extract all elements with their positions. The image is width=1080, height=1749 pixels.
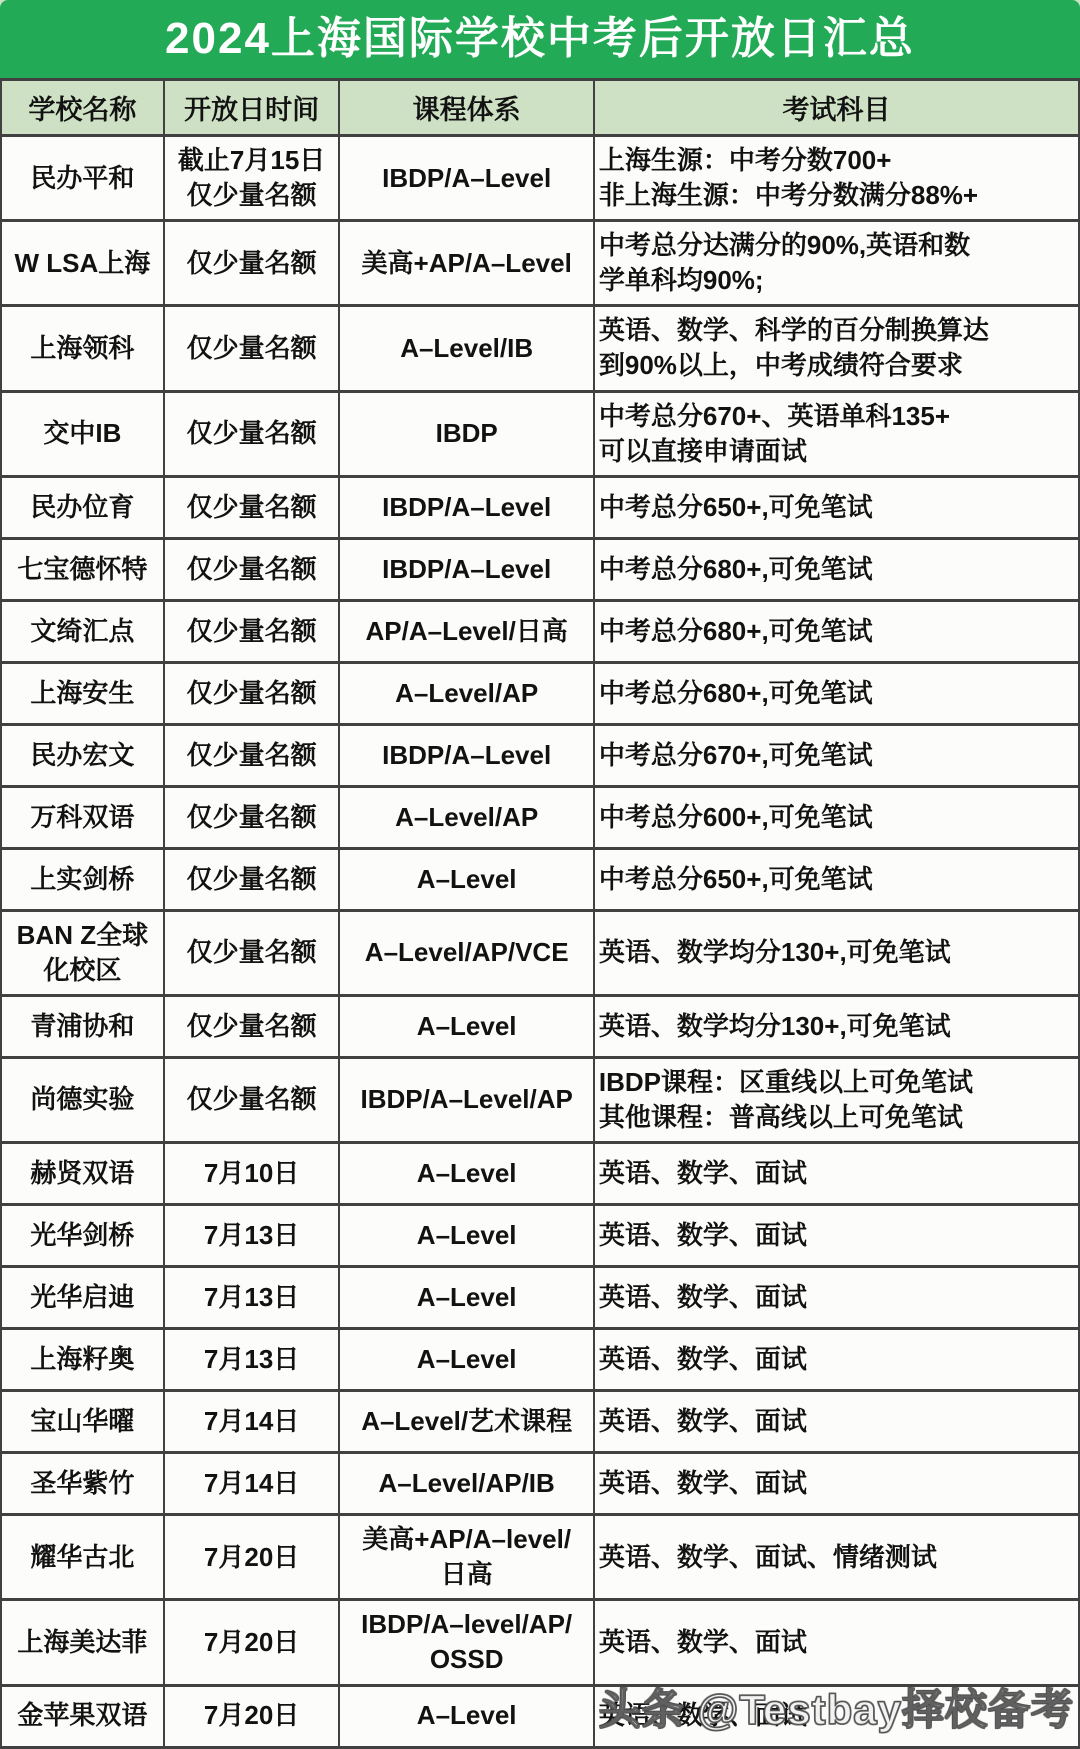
table-row: 文绮汇点 仅少量名额 AP/A–Level/日高 中考总分680+,可免笔试	[1, 600, 1079, 662]
school-name-cell: 光华剑桥	[1, 1205, 164, 1267]
school-name-cell: 耀华古北	[1, 1515, 164, 1600]
curriculum-cell: A–Level	[339, 1329, 593, 1391]
curriculum-cell: A–Level/AP/VCE	[339, 910, 593, 995]
exam-subjects-cell: 英语、数学均分130+,可免笔试	[594, 995, 1079, 1057]
exam-subjects-cell: 英语、数学均分130+,可免笔试	[594, 910, 1079, 995]
school-name-cell: 民办位育	[1, 476, 164, 538]
table-row: 上海领科 仅少量名额 A–Level/IB 英语、数学、科学的百分制换算达 到9…	[1, 306, 1079, 391]
exam-subjects-cell: 中考总分650+,可免笔试	[594, 476, 1079, 538]
open-date-cell: 7月14日	[164, 1391, 340, 1453]
school-name-cell: 民办平和	[1, 136, 164, 221]
open-date-cell: 仅少量名额	[164, 662, 340, 724]
table-row: 民办宏文 仅少量名额 IBDP/A–Level 中考总分670+,可免笔试	[1, 724, 1079, 786]
open-date-cell: 仅少量名额	[164, 476, 340, 538]
school-name-cell: 青浦协和	[1, 995, 164, 1057]
curriculum-cell: A–Level/AP	[339, 662, 593, 724]
curriculum-cell: A–Level/IB	[339, 306, 593, 391]
curriculum-cell: A–Level/艺术课程	[339, 1391, 593, 1453]
school-name-cell: 光华启迪	[1, 1267, 164, 1329]
exam-subjects-cell: 英语、数学、面试	[594, 1267, 1079, 1329]
curriculum-cell: 美高+AP/A–level/ 日高	[339, 1515, 593, 1600]
curriculum-cell: A–Level	[339, 848, 593, 910]
school-name-cell: 尚德实验	[1, 1057, 164, 1142]
exam-subjects-cell: 英语、数学、面试	[594, 1391, 1079, 1453]
table-row: 上海美达菲 7月20日 IBDP/A–level/AP/ OSSD 英语、数学、…	[1, 1600, 1079, 1685]
exam-subjects-cell: 中考总分680+,可免笔试	[594, 600, 1079, 662]
curriculum-cell: IBDP/A–Level	[339, 136, 593, 221]
curriculum-cell: IBDP/A–Level/AP	[339, 1057, 593, 1142]
exam-subjects-cell: 英语、数学、面试	[594, 1685, 1079, 1747]
curriculum-cell: A–Level	[339, 1685, 593, 1747]
school-name-cell: W LSA上海	[1, 221, 164, 306]
table-row: 民办平和 截止7月15日 仅少量名额 IBDP/A–Level 上海生源：中考分…	[1, 136, 1079, 221]
curriculum-cell: A–Level/AP/IB	[339, 1453, 593, 1515]
open-date-cell: 7月20日	[164, 1600, 340, 1685]
open-date-cell: 仅少量名额	[164, 910, 340, 995]
school-name-cell: 金苹果双语	[1, 1685, 164, 1747]
table-row: 民办位育 仅少量名额 IBDP/A–Level 中考总分650+,可免笔试	[1, 476, 1079, 538]
exam-subjects-cell: 上海生源：中考分数700+ 非上海生源：中考分数满分88%+	[594, 136, 1079, 221]
open-date-cell: 仅少量名额	[164, 600, 340, 662]
curriculum-cell: IBDP	[339, 391, 593, 476]
curriculum-cell: IBDP/A–Level	[339, 476, 593, 538]
curriculum-cell: A–Level	[339, 1205, 593, 1267]
open-date-cell: 仅少量名额	[164, 848, 340, 910]
curriculum-cell: IBDP/A–Level	[339, 724, 593, 786]
school-name-cell: 文绮汇点	[1, 600, 164, 662]
open-date-cell: 7月20日	[164, 1685, 340, 1747]
table-row: W LSA上海 仅少量名额 美高+AP/A–Level 中考总分达满分的90%,…	[1, 221, 1079, 306]
school-name-cell: 上海安生	[1, 662, 164, 724]
table-header-row: 学校名称 开放日时间 课程体系 考试科目	[1, 80, 1079, 136]
open-date-cell: 仅少量名额	[164, 1057, 340, 1142]
open-date-cell: 仅少量名额	[164, 391, 340, 476]
open-date-cell: 仅少量名额	[164, 538, 340, 600]
exam-subjects-cell: IBDP课程：区重线以上可免笔试 其他课程：普高线以上可免笔试	[594, 1057, 1079, 1142]
infographic-page: 2024上海国际学校中考后开放日汇总 学校名称 开放日时间 课程体系 考试科目 …	[0, 0, 1080, 1749]
school-name-cell: 民办宏文	[1, 724, 164, 786]
open-date-cell: 7月10日	[164, 1143, 340, 1205]
table-row: 七宝德怀特 仅少量名额 IBDP/A–Level 中考总分680+,可免笔试	[1, 538, 1079, 600]
school-name-cell: 圣华紫竹	[1, 1453, 164, 1515]
school-name-cell: 万科双语	[1, 786, 164, 848]
exam-subjects-cell: 中考总分680+,可免笔试	[594, 662, 1079, 724]
table-row: 光华剑桥 7月13日 A–Level 英语、数学、面试	[1, 1205, 1079, 1267]
open-date-cell: 7月14日	[164, 1453, 340, 1515]
table-row: 耀华古北 7月20日 美高+AP/A–level/ 日高 英语、数学、面试、情绪…	[1, 1515, 1079, 1600]
exam-subjects-cell: 英语、数学、面试	[594, 1329, 1079, 1391]
exam-subjects-cell: 英语、数学、面试	[594, 1453, 1079, 1515]
table-row: 交中IB 仅少量名额 IBDP 中考总分670+、英语单科135+ 可以直接申请…	[1, 391, 1079, 476]
curriculum-cell: A–Level	[339, 1143, 593, 1205]
open-date-cell: 7月13日	[164, 1329, 340, 1391]
curriculum-cell: AP/A–Level/日高	[339, 600, 593, 662]
table-row: 上海安生 仅少量名额 A–Level/AP 中考总分680+,可免笔试	[1, 662, 1079, 724]
open-date-cell: 仅少量名额	[164, 306, 340, 391]
table-row: BAN Z全球 化校区 仅少量名额 A–Level/AP/VCE 英语、数学均分…	[1, 910, 1079, 995]
open-date-cell: 仅少量名额	[164, 724, 340, 786]
curriculum-cell: IBDP/A–level/AP/ OSSD	[339, 1600, 593, 1685]
curriculum-cell: A–Level	[339, 995, 593, 1057]
table-row: 上海籽奥 7月13日 A–Level 英语、数学、面试	[1, 1329, 1079, 1391]
school-name-cell: 赫贤双语	[1, 1143, 164, 1205]
open-date-cell: 7月20日	[164, 1515, 340, 1600]
table-row: 圣华紫竹 7月14日 A–Level/AP/IB 英语、数学、面试	[1, 1453, 1079, 1515]
open-date-cell: 仅少量名额	[164, 995, 340, 1057]
table-row: 光华启迪 7月13日 A–Level 英语、数学、面试	[1, 1267, 1079, 1329]
school-name-cell: 上实剑桥	[1, 848, 164, 910]
curriculum-cell: A–Level/AP	[339, 786, 593, 848]
page-title: 2024上海国际学校中考后开放日汇总	[0, 0, 1080, 78]
curriculum-cell: A–Level	[339, 1267, 593, 1329]
table-row: 金苹果双语 7月20日 A–Level 英语、数学、面试	[1, 1685, 1079, 1747]
exam-subjects-cell: 中考总分达满分的90%,英语和数 学单科均90%;	[594, 221, 1079, 306]
table-row: 宝山华曜 7月14日 A–Level/艺术课程 英语、数学、面试	[1, 1391, 1079, 1453]
open-date-cell: 仅少量名额	[164, 221, 340, 306]
exam-subjects-cell: 中考总分600+,可免笔试	[594, 786, 1079, 848]
open-day-table: 学校名称 开放日时间 课程体系 考试科目 民办平和 截止7月15日 仅少量名额 …	[0, 78, 1080, 1749]
exam-subjects-cell: 英语、数学、面试、情绪测试	[594, 1515, 1079, 1600]
exam-subjects-cell: 英语、数学、面试	[594, 1205, 1079, 1267]
table-row: 万科双语 仅少量名额 A–Level/AP 中考总分600+,可免笔试	[1, 786, 1079, 848]
school-name-cell: 七宝德怀特	[1, 538, 164, 600]
exam-subjects-cell: 英语、数学、面试	[594, 1600, 1079, 1685]
table-row: 赫贤双语 7月10日 A–Level 英语、数学、面试	[1, 1143, 1079, 1205]
curriculum-cell: IBDP/A–Level	[339, 538, 593, 600]
open-date-cell: 7月13日	[164, 1267, 340, 1329]
table-row: 尚德实验 仅少量名额 IBDP/A–Level/AP IBDP课程：区重线以上可…	[1, 1057, 1079, 1142]
exam-subjects-cell: 中考总分670+,可免笔试	[594, 724, 1079, 786]
column-header-open-date: 开放日时间	[164, 80, 340, 136]
open-date-cell: 7月13日	[164, 1205, 340, 1267]
school-name-cell: BAN Z全球 化校区	[1, 910, 164, 995]
column-header-school: 学校名称	[1, 80, 164, 136]
open-date-cell: 仅少量名额	[164, 786, 340, 848]
school-name-cell: 交中IB	[1, 391, 164, 476]
exam-subjects-cell: 英语、数学、面试	[594, 1143, 1079, 1205]
column-header-subjects: 考试科目	[594, 80, 1079, 136]
school-name-cell: 上海领科	[1, 306, 164, 391]
curriculum-cell: 美高+AP/A–Level	[339, 221, 593, 306]
table-row: 上实剑桥 仅少量名额 A–Level 中考总分650+,可免笔试	[1, 848, 1079, 910]
school-name-cell: 上海籽奥	[1, 1329, 164, 1391]
exam-subjects-cell: 中考总分650+,可免笔试	[594, 848, 1079, 910]
exam-subjects-cell: 中考总分670+、英语单科135+ 可以直接申请面试	[594, 391, 1079, 476]
exam-subjects-cell: 英语、数学、科学的百分制换算达 到90%以上，中考成绩符合要求	[594, 306, 1079, 391]
table-row: 青浦协和 仅少量名额 A–Level 英语、数学均分130+,可免笔试	[1, 995, 1079, 1057]
exam-subjects-cell: 中考总分680+,可免笔试	[594, 538, 1079, 600]
school-name-cell: 宝山华曜	[1, 1391, 164, 1453]
school-name-cell: 上海美达菲	[1, 1600, 164, 1685]
column-header-curriculum: 课程体系	[339, 80, 593, 136]
open-date-cell: 截止7月15日 仅少量名额	[164, 136, 340, 221]
